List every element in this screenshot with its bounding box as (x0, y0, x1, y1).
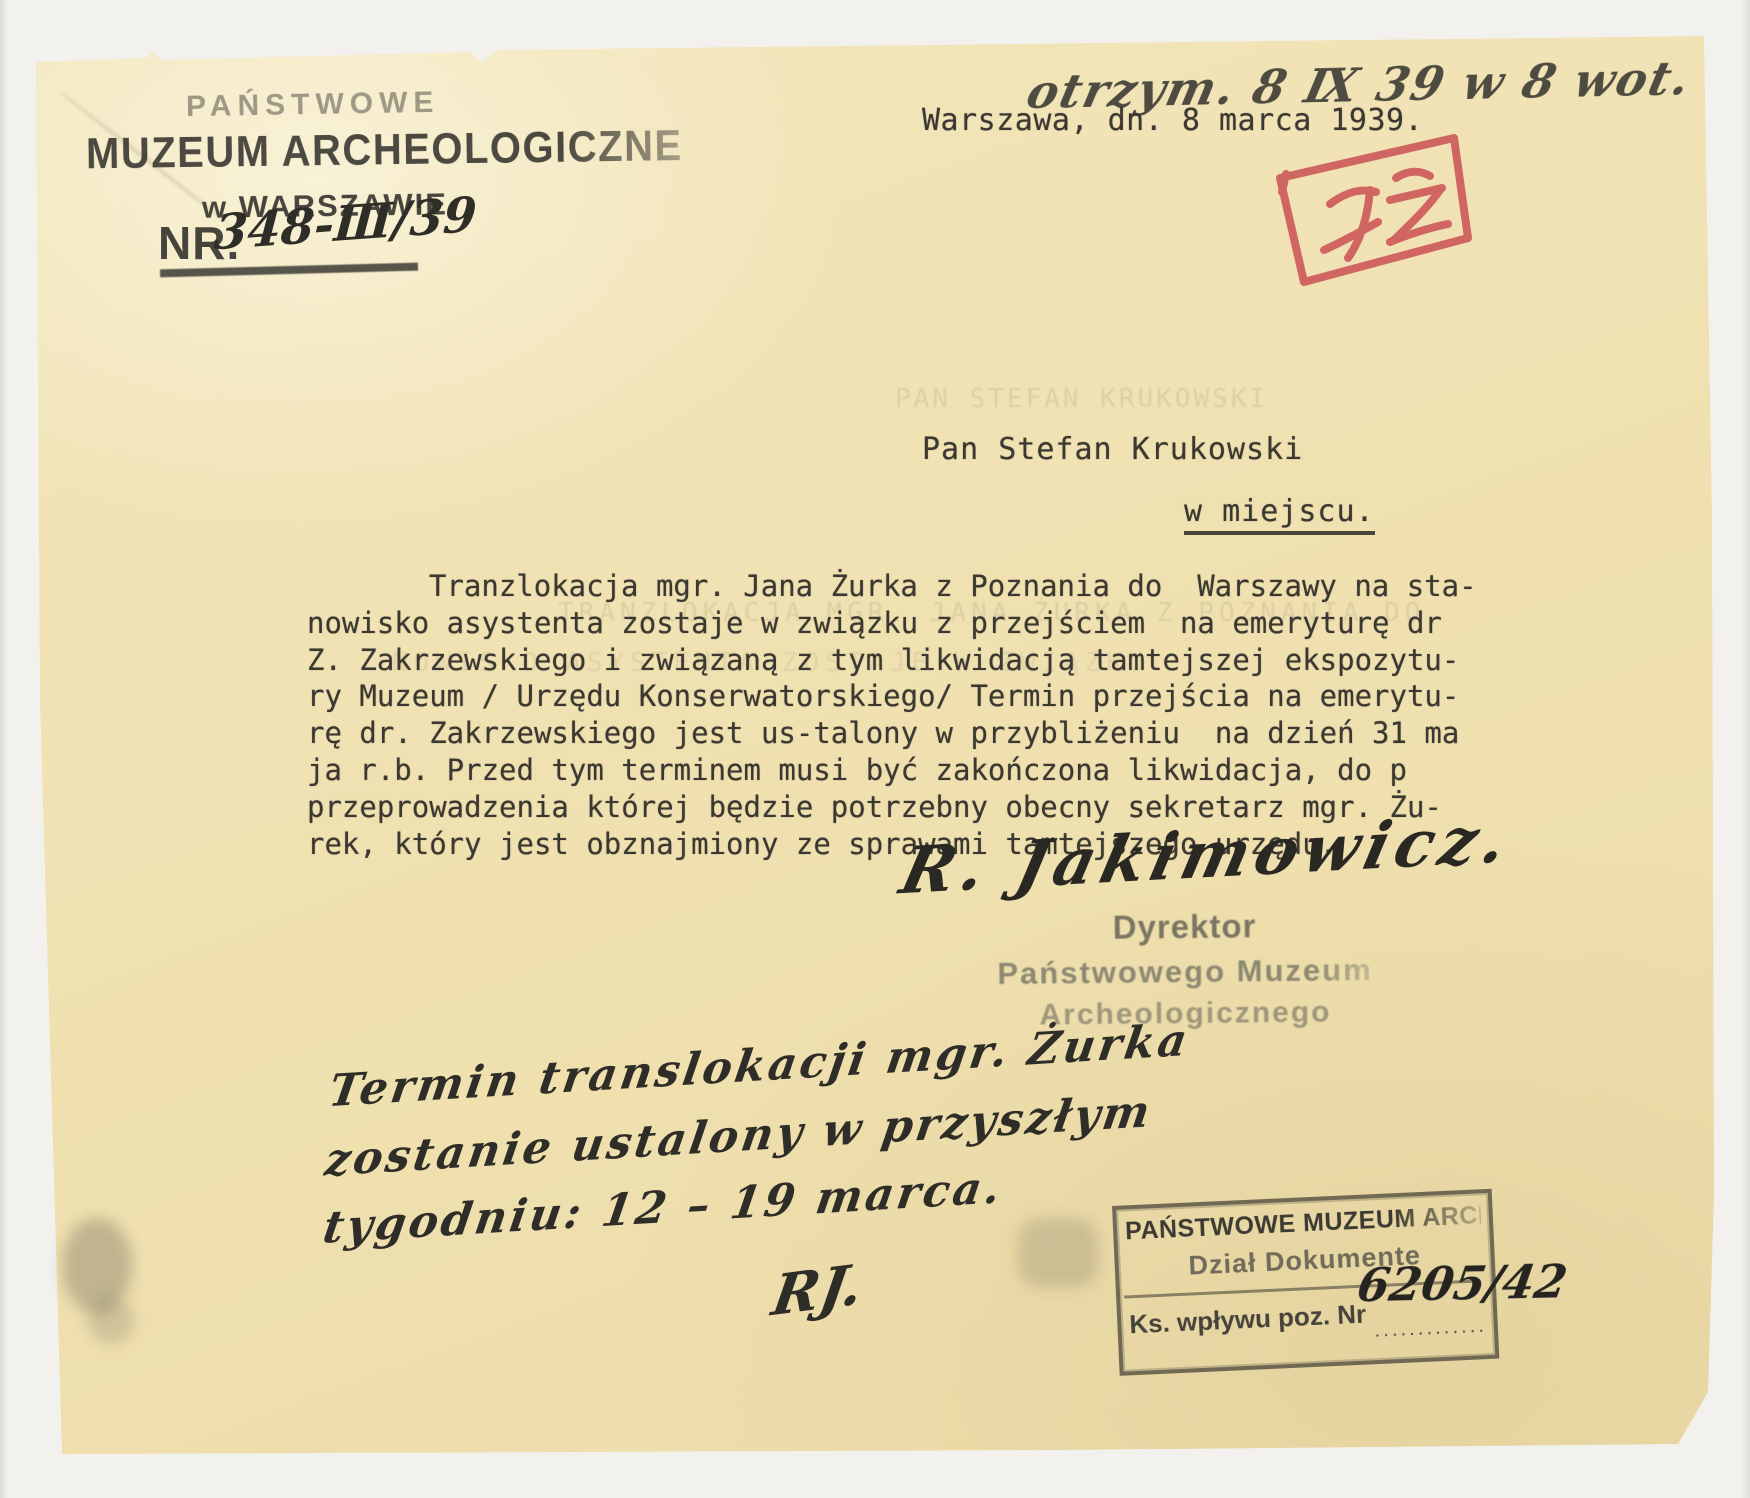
body-line: Z. Zakrzewskiego i związaną z tym likwid… (307, 642, 1517, 679)
addressee-location: w miejscu. (1184, 494, 1375, 535)
header-stamp-line-2: MUZEUM ARCHEOLOGICZNE (86, 122, 683, 179)
director-title-stamp: Dyrektor Państwowego Muzeum Archeologicz… (984, 906, 1385, 1033)
ink-smudge (88, 1298, 134, 1344)
title-stamp-line-1: Dyrektor (984, 906, 1384, 948)
header-stamp-line-1: PAŃSTWOWE (186, 86, 440, 124)
red-crayon-mark (1258, 126, 1483, 291)
archive-stamp-intake-label: Ks. wpływu poz. Nr (1129, 1299, 1367, 1341)
body-line: ja r.b. Przed tym terminem musi być zako… (307, 752, 1517, 789)
body-line: rę dr. Zakrzewskiego jest us-talony w pr… (307, 715, 1517, 752)
body-line: ry Muzeum / Urzędu Konserwatorskiego/ Te… (307, 678, 1517, 715)
archive-intake-stamp: PAŃSTWOWE MUZEUM ARCHEOLOGICZNE Dział Do… (1112, 1189, 1499, 1376)
scanned-letter-page: { "header_stamp": { "line1": "PAŃSTWOWE"… (0, 0, 1750, 1498)
addressee-name: Pan Stefan Krukowski (922, 432, 1303, 467)
handwritten-note: Termin translokacji mgr. Żurka zostanie … (328, 1015, 1203, 1325)
ghost-typed-addressee: PAN STEFAN KRUKOWSKI (895, 384, 1268, 414)
archive-stamp-dotted-line: ············· (1374, 1319, 1488, 1347)
archive-intake-number-handwritten: 6205/42 (1354, 1254, 1571, 1312)
body-line: nowisko asystenta zostaje w związku z pr… (307, 605, 1517, 642)
ink-smudge (62, 1218, 132, 1313)
title-stamp-line-2: Państwowego Muzeum (985, 952, 1385, 992)
body-line: Tranzlokacja mgr. Jana Żurka z Poznania … (429, 568, 1639, 605)
